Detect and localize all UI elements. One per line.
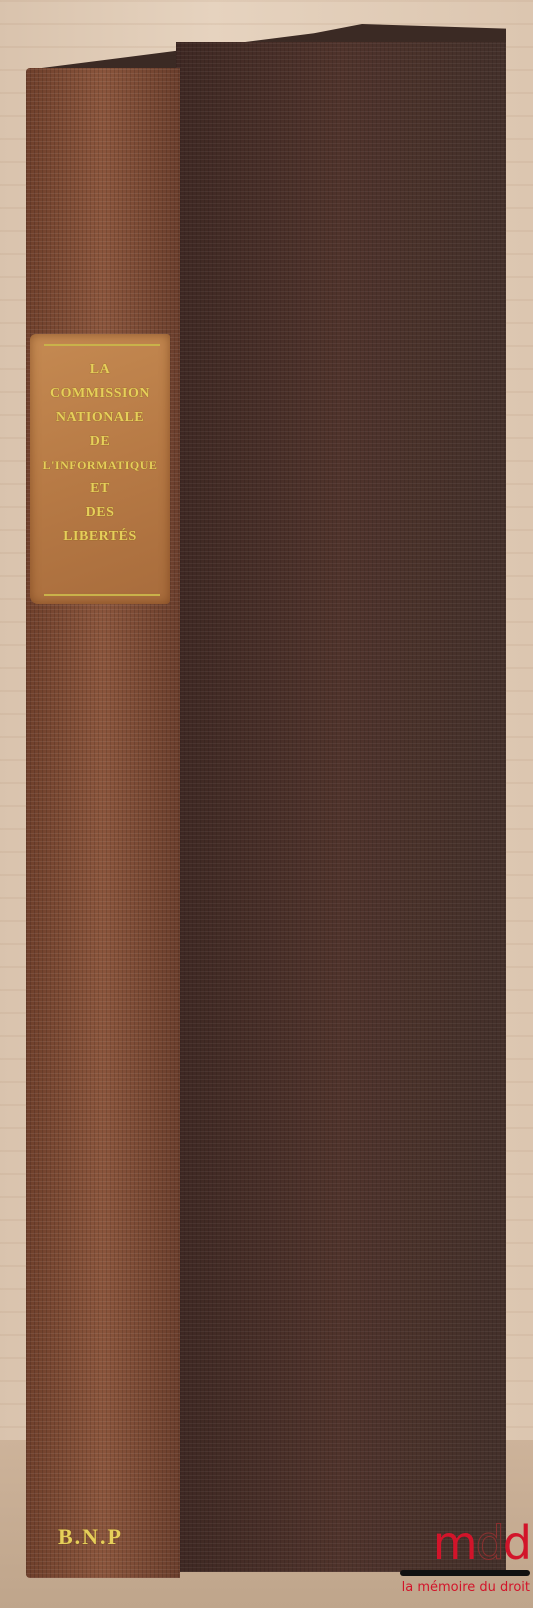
- label-top-rule: [44, 344, 160, 346]
- logo-letter-d-outline: d: [476, 1516, 503, 1570]
- label-line: LA: [90, 362, 110, 378]
- spine-label: LA COMMISSION NATIONALE DE L'INFORMATIQU…: [30, 334, 170, 604]
- label-line: DES: [86, 505, 115, 521]
- book-cover: [176, 42, 506, 1572]
- logo-letter-m: m: [433, 1516, 476, 1570]
- label-line: NATIONALE: [56, 410, 144, 426]
- label-line: DE: [90, 434, 110, 450]
- book-spine: [26, 68, 180, 1578]
- label-line: L'INFORMATIQUE: [43, 458, 158, 473]
- label-line: ET: [90, 481, 110, 497]
- label-line: COMMISSION: [50, 386, 150, 402]
- logo-letter-d: d: [503, 1516, 530, 1570]
- logo-mark: mdd: [400, 1520, 530, 1566]
- logo-tagline: la mémoire du droit: [400, 1580, 530, 1595]
- spine-foot-initials: B.N.P: [58, 1524, 123, 1550]
- label-line: LIBERTÉS: [63, 529, 137, 545]
- label-bottom-rule: [44, 594, 160, 596]
- mdd-logo: mdd la mémoire du droit: [400, 1520, 530, 1595]
- logo-bar: [400, 1570, 530, 1576]
- label-text: LA COMMISSION NATIONALE DE L'INFORMATIQU…: [30, 362, 170, 545]
